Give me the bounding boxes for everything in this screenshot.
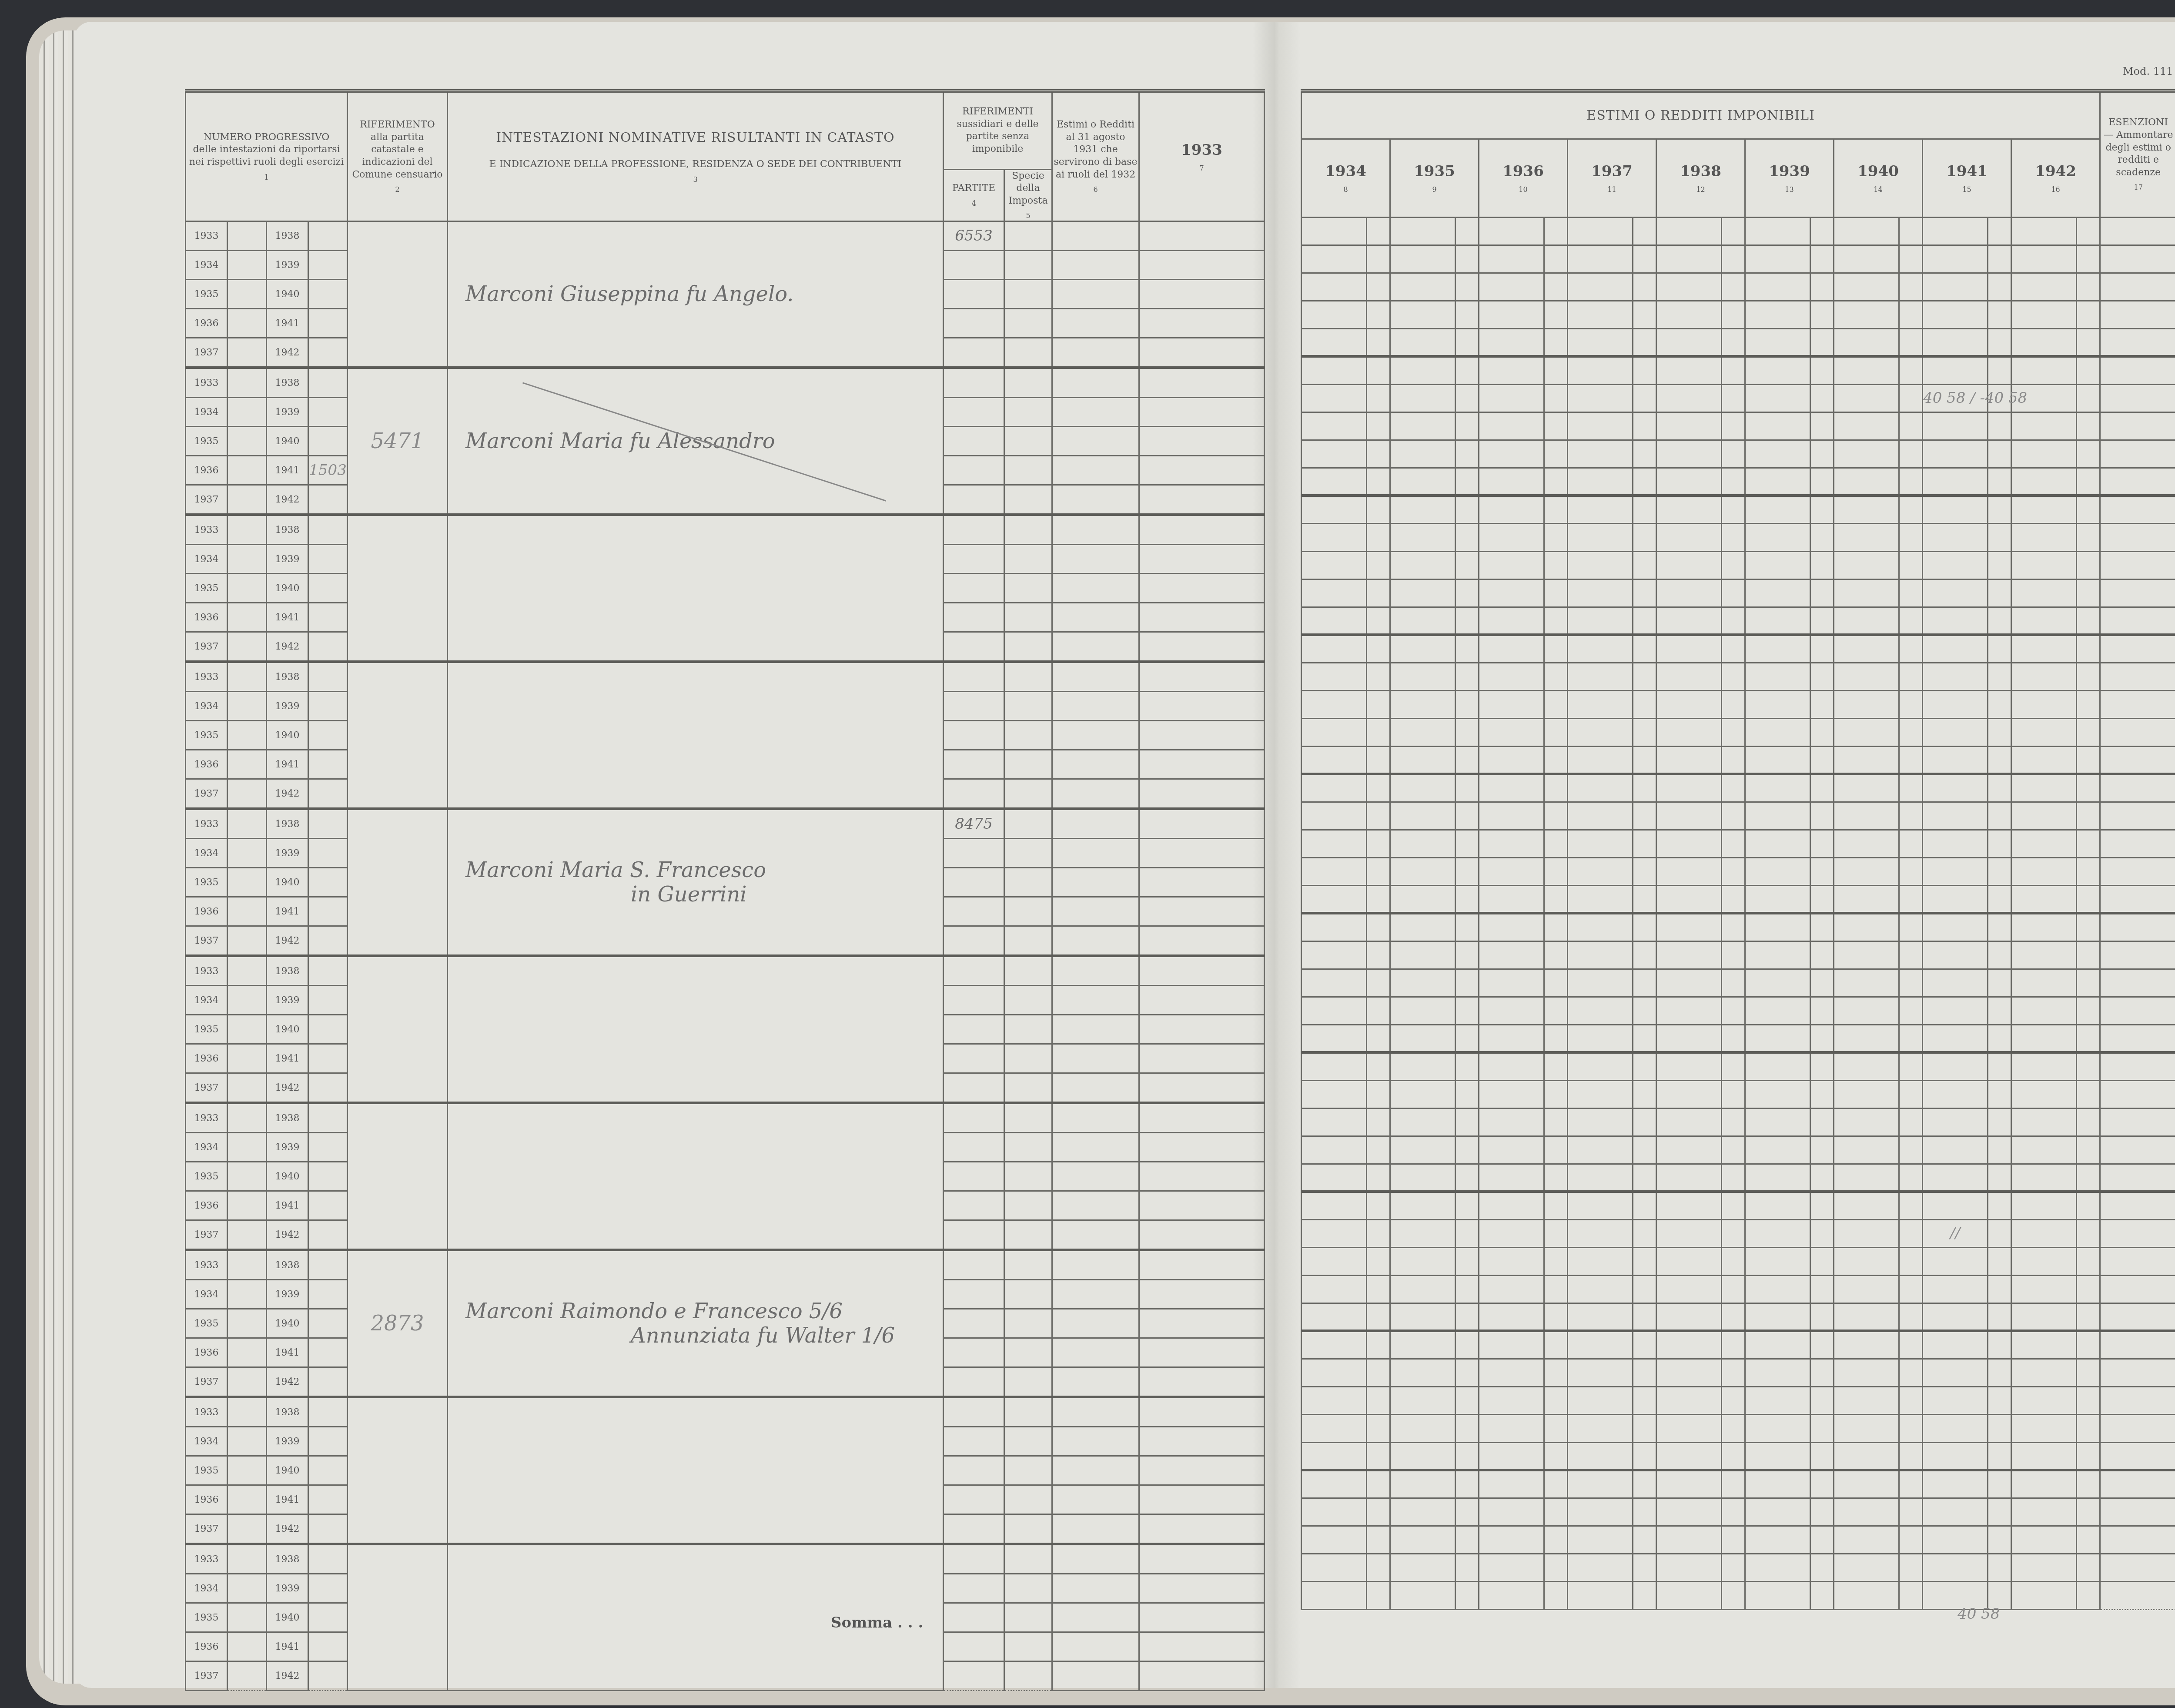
value-1941: 40 58 / -40 58 — [1923, 389, 2027, 407]
estimo-lire-cell — [1745, 635, 1810, 663]
estimo-lire-cell — [1479, 830, 1544, 857]
partite-cell — [944, 1661, 1004, 1691]
estimo-cent-cell — [1988, 1247, 2011, 1275]
estimo-lire-cell — [1923, 746, 1988, 774]
progressive-number-cell — [228, 692, 267, 721]
estimo-lire-cell — [2011, 1219, 2077, 1247]
estimo-lire-cell — [1834, 1581, 1899, 1609]
progressive-number-cell — [308, 1044, 348, 1073]
estimo-lire-cell — [1923, 885, 1988, 913]
estimo-lire-cell — [1568, 328, 1633, 356]
progressive-number-cell — [308, 897, 348, 926]
ledger-row — [1302, 607, 2175, 635]
col-number: 14 — [1834, 185, 1922, 194]
estimo-lire-cell — [1390, 1581, 1456, 1609]
header-estimi-1931: Estimi o Redditi al 31 agosto 1931 che s… — [1052, 91, 1139, 221]
year-label: 1939 — [267, 1427, 308, 1456]
estimo-lire-cell — [1745, 1080, 1810, 1108]
year-label: 1939 — [267, 251, 308, 280]
ledger-row — [1302, 885, 2175, 913]
estimo-lire-cell — [1834, 1025, 1899, 1052]
partite-cell — [944, 721, 1004, 750]
year-1933-cell — [1139, 1367, 1265, 1397]
estimo-cent-cell — [1988, 412, 2011, 440]
estimo-cent-cell — [1722, 1303, 1745, 1331]
estimo-cent-cell — [1633, 1554, 1656, 1581]
estimo-lire-cell — [2011, 1359, 2077, 1386]
progressive-number-cell — [228, 1015, 267, 1044]
estimo-lire-cell — [1745, 468, 1810, 496]
estimo-lire-cell — [1568, 635, 1633, 663]
year-1933-cell — [1139, 603, 1265, 632]
year-1933-cell — [1139, 1544, 1265, 1574]
estimo-lire-cell — [1656, 1275, 1722, 1303]
estimo-cent-cell — [1544, 1219, 1568, 1247]
estimo-lire-cell — [1923, 1275, 1988, 1303]
estimo-cent-cell — [1633, 802, 1656, 830]
partite-cell — [944, 986, 1004, 1015]
year-label: 1941 — [267, 1632, 308, 1661]
estimo-lire-cell — [2011, 579, 2077, 607]
year-label: 1934 — [186, 692, 228, 721]
estimo-cent-cell — [1456, 1219, 1479, 1247]
estimo-cent-cell — [1899, 1442, 1923, 1470]
estimo-cent-cell — [1633, 885, 1656, 913]
year-label: 1942 — [267, 1073, 308, 1103]
esenzioni-cell — [2100, 245, 2175, 273]
ledger-row — [1302, 969, 2175, 997]
estimo-lire-cell — [1568, 1080, 1633, 1108]
esenzioni-cell — [2100, 746, 2175, 774]
estimo-lire-cell — [1923, 440, 1988, 468]
col-number: 15 — [1923, 185, 2011, 194]
estimo-cent-cell — [1722, 356, 1745, 384]
ledger-row — [1302, 1275, 2175, 1303]
esenzioni-cell — [2100, 1108, 2175, 1136]
ledger-row — [1302, 301, 2175, 328]
estimo-lire-cell — [1302, 718, 1367, 746]
specie-imposta-cell — [1004, 692, 1052, 721]
partite-cell — [944, 1191, 1004, 1220]
estimo-cent-cell — [1367, 1108, 1390, 1136]
year-label: 1934 — [186, 1280, 228, 1309]
estimo-lire-cell — [1302, 857, 1367, 885]
progressive-number-cell — [308, 368, 348, 398]
estimo-cent-cell — [1988, 718, 2011, 746]
estimo-cent-cell — [1633, 830, 1656, 857]
ledger-row: 19331938 — [186, 515, 1265, 545]
estimi-1931-cell — [1052, 1456, 1139, 1485]
estimo-lire-cell — [1568, 857, 1633, 885]
estimo-cent-cell — [2077, 774, 2100, 802]
specie-imposta-cell — [1004, 956, 1052, 986]
estimo-lire-cell — [1302, 579, 1367, 607]
estimo-lire-cell — [2011, 1470, 2077, 1498]
estimo-cent-cell — [1810, 1275, 1834, 1303]
estimo-cent-cell — [1810, 830, 1834, 857]
riferimento-cell — [348, 221, 448, 368]
estimo-lire-cell — [1568, 1526, 1633, 1554]
estimo-lire-cell — [1923, 412, 1988, 440]
estimo-lire-cell — [1302, 217, 1367, 245]
estimo-cent-cell — [1988, 273, 2011, 301]
estimi-1931-cell — [1052, 574, 1139, 603]
intestazione-cell: Marconi Giuseppina fu Angelo. — [448, 221, 944, 368]
estimo-cent-cell — [1544, 997, 1568, 1025]
year-label: 1939 — [267, 692, 308, 721]
estimo-cent-cell — [1810, 718, 1834, 746]
estimo-cent-cell — [1633, 1164, 1656, 1192]
estimo-cent-cell — [1988, 1386, 2011, 1414]
estimo-cent-cell — [1810, 1219, 1834, 1247]
estimo-lire-cell — [1568, 1303, 1633, 1331]
estimo-cent-cell — [1544, 1080, 1568, 1108]
specie-imposta-cell — [1004, 1514, 1052, 1544]
estimo-lire-cell — [1656, 830, 1722, 857]
estimo-cent-cell — [1988, 746, 2011, 774]
estimo-cent-cell — [1367, 468, 1390, 496]
estimo-cent-cell — [1988, 802, 2011, 830]
ledger-row: 19331938 — [186, 1397, 1265, 1427]
estimo-lire-cell — [1479, 857, 1544, 885]
estimo-lire-cell — [1390, 857, 1456, 885]
progressive-number-cell — [308, 809, 348, 839]
partite-cell — [944, 574, 1004, 603]
specie-imposta-cell — [1004, 1485, 1052, 1514]
year-label: 1942 — [267, 632, 308, 662]
estimo-cent-cell — [1899, 1554, 1923, 1581]
estimo-lire-cell — [1745, 523, 1810, 551]
estimi-1931-cell — [1052, 897, 1139, 926]
ledger-row — [1302, 1303, 2175, 1331]
esenzioni-cell — [2100, 969, 2175, 997]
estimo-lire-cell — [1923, 301, 1988, 328]
estimo-lire-cell — [1302, 746, 1367, 774]
estimo-lire-cell — [2011, 857, 2077, 885]
estimo-cent-cell — [1899, 1219, 1923, 1247]
progressive-number-cell — [228, 309, 267, 338]
estimo-lire-cell — [1302, 913, 1367, 941]
year-1933-cell — [1139, 368, 1265, 398]
estimi-1931-cell — [1052, 1397, 1139, 1427]
estimo-cent-cell — [1722, 579, 1745, 607]
estimo-cent-cell — [1456, 496, 1479, 523]
estimo-lire-cell — [1390, 1554, 1456, 1581]
estimo-cent-cell — [1544, 551, 1568, 579]
estimo-lire-cell — [1834, 1192, 1899, 1219]
year-label: 1942 — [267, 1220, 308, 1250]
estimo-lire-cell — [1479, 496, 1544, 523]
estimo-cent-cell — [1810, 1164, 1834, 1192]
intestazione-cell — [448, 956, 944, 1103]
year-1933-cell — [1139, 1338, 1265, 1367]
estimo-cent-cell — [1722, 830, 1745, 857]
estimo-cent-cell — [1988, 1359, 2011, 1386]
year-1933-cell — [1139, 1309, 1265, 1338]
estimo-lire-cell — [1479, 468, 1544, 496]
estimo-lire-cell — [1568, 496, 1633, 523]
estimo-cent-cell — [1633, 1414, 1656, 1442]
estimo-lire-cell — [1479, 969, 1544, 997]
partite-cell — [944, 692, 1004, 721]
estimo-lire-cell — [1479, 1136, 1544, 1164]
estimi-1931-cell — [1052, 1015, 1139, 1044]
estimo-cent-cell — [1988, 301, 2011, 328]
partite-cell — [944, 839, 1004, 868]
estimo-cent-cell — [1899, 746, 1923, 774]
estimo-lire-cell — [1302, 1303, 1367, 1331]
estimo-lire-cell — [1302, 997, 1367, 1025]
estimo-cent-cell — [1367, 440, 1390, 468]
specie-imposta-cell — [1004, 1250, 1052, 1280]
estimo-cent-cell — [2077, 1526, 2100, 1554]
left-ledger-table: NUMERO PROGRESSIVO delle intestazioni da… — [185, 89, 1265, 1691]
estimo-cent-cell — [1899, 690, 1923, 718]
year-1933-cell — [1139, 779, 1265, 809]
estimo-cent-cell — [1544, 1331, 1568, 1359]
year-label: 1936 — [186, 750, 228, 779]
estimo-cent-cell — [1633, 356, 1656, 384]
estimo-lire-cell — [1745, 1554, 1810, 1581]
year-1933-cell — [1139, 485, 1265, 515]
year-label: 1938 — [267, 368, 308, 398]
estimo-cent-cell — [2077, 1303, 2100, 1331]
estimo-lire-cell — [1390, 1219, 1456, 1247]
progressive-number-cell — [228, 603, 267, 632]
estimo-lire-cell — [2011, 607, 2077, 635]
progressive-number-cell — [228, 545, 267, 574]
progressive-number-cell — [228, 750, 267, 779]
year-1933-cell — [1139, 1015, 1265, 1044]
estimo-cent-cell — [1544, 301, 1568, 328]
estimo-lire-cell — [1479, 1275, 1544, 1303]
partite-cell — [944, 1367, 1004, 1397]
estimo-lire-cell — [1479, 384, 1544, 412]
estimi-1931-cell — [1052, 809, 1139, 839]
estimo-lire-cell — [2011, 718, 2077, 746]
estimo-cent-cell — [1722, 496, 1745, 523]
estimo-cent-cell — [2077, 273, 2100, 301]
estimo-lire-cell — [1302, 663, 1367, 690]
estimo-cent-cell — [1899, 1331, 1923, 1359]
year-label: 1942 — [267, 1367, 308, 1397]
year-1933-cell — [1139, 221, 1265, 251]
estimo-lire-cell — [1390, 1164, 1456, 1192]
estimo-cent-cell — [1810, 440, 1834, 468]
estimo-lire-cell — [2011, 774, 2077, 802]
estimo-lire-cell — [1923, 802, 1988, 830]
estimo-lire-cell — [1656, 1581, 1722, 1609]
ledger-row — [1302, 663, 2175, 690]
estimo-cent-cell — [1810, 1581, 1834, 1609]
estimo-lire-cell — [1656, 1554, 1722, 1581]
estimo-lire-cell — [1568, 384, 1633, 412]
estimo-lire-cell — [1834, 885, 1899, 913]
estimo-lire-cell — [1390, 1247, 1456, 1275]
estimo-lire-cell — [1302, 273, 1367, 301]
estimo-lire-cell — [1656, 1108, 1722, 1136]
estimo-cent-cell — [1899, 774, 1923, 802]
progressive-number-cell — [308, 1456, 348, 1485]
estimo-lire-cell — [1834, 690, 1899, 718]
estimo-lire-cell — [2011, 663, 2077, 690]
estimo-lire-cell — [1923, 1386, 1988, 1414]
specie-imposta-cell — [1004, 1574, 1052, 1603]
estimo-cent-cell — [1367, 1025, 1390, 1052]
estimo-lire-cell — [1568, 830, 1633, 857]
estimo-cent-cell — [1544, 468, 1568, 496]
estimi-1931-cell — [1052, 1632, 1139, 1661]
estimo-lire-cell — [1479, 1052, 1544, 1080]
estimo-lire-cell — [1390, 551, 1456, 579]
year-label: 1942 — [267, 485, 308, 515]
esenzioni-cell — [2100, 217, 2175, 245]
estimo-cent-cell — [1810, 1136, 1834, 1164]
year-1933-cell — [1139, 1133, 1265, 1162]
estimo-cent-cell — [1367, 551, 1390, 579]
progressive-number-cell — [228, 1338, 267, 1367]
estimo-lire-cell — [1568, 1247, 1633, 1275]
year-1933-cell — [1139, 338, 1265, 368]
estimo-lire-cell — [1923, 690, 1988, 718]
header-main-title: ESTIMI O REDDITI IMPONIBILI — [1586, 108, 1815, 123]
year-label: 1933 — [186, 956, 228, 986]
estimo-lire-cell — [1390, 1303, 1456, 1331]
estimo-lire-cell — [1834, 607, 1899, 635]
progressive-number-cell — [308, 427, 348, 456]
estimo-lire-cell — [1390, 969, 1456, 997]
year-label: 1937 — [186, 1073, 228, 1103]
estimo-lire-cell — [1656, 857, 1722, 885]
year-label: 1937 — [186, 779, 228, 809]
year-label: 1942 — [267, 338, 308, 368]
estimo-lire-cell — [1479, 579, 1544, 607]
estimo-lire-cell — [1390, 328, 1456, 356]
specie-imposta-cell — [1004, 545, 1052, 574]
header-col45-title: RIFERIMENTI — [962, 106, 1033, 117]
year-label: 1933 — [186, 368, 228, 398]
intestazione-line1: Marconi Giuseppina fu Angelo. — [465, 282, 943, 306]
esenzioni-cell — [2100, 496, 2175, 523]
estimo-cent-cell — [1367, 1386, 1390, 1414]
estimo-cent-cell — [2077, 1498, 2100, 1526]
esenzioni-cell — [2100, 1080, 2175, 1108]
estimi-1931-cell — [1052, 1574, 1139, 1603]
year-1933-cell — [1139, 1397, 1265, 1427]
estimo-cent-cell — [1988, 1164, 2011, 1192]
estimo-lire-cell — [1656, 607, 1722, 635]
progressive-number-cell — [308, 692, 348, 721]
estimo-lire-cell — [1834, 1052, 1899, 1080]
ledger-row — [1302, 1359, 2175, 1386]
ledger-row — [1302, 1386, 2175, 1414]
estimo-lire-cell — [1479, 913, 1544, 941]
estimo-cent-cell — [1899, 1136, 1923, 1164]
estimo-lire-cell — [1302, 1247, 1367, 1275]
estimo-cent-cell — [1544, 356, 1568, 384]
estimo-lire-cell — [1390, 1331, 1456, 1359]
estimo-lire-cell — [1745, 1498, 1810, 1526]
partite-cell — [944, 1397, 1004, 1427]
estimo-cent-cell — [1988, 1442, 2011, 1470]
esenzioni-cell — [2100, 1052, 2175, 1080]
estimo-cent-cell — [1899, 1498, 1923, 1526]
year-label: 1938 — [267, 1397, 308, 1427]
estimo-lire-cell — [1479, 1442, 1544, 1470]
year-label: 1940 — [267, 1456, 308, 1485]
estimo-cent-cell — [1633, 718, 1656, 746]
estimo-cent-cell — [2077, 579, 2100, 607]
estimo-lire-cell — [1834, 496, 1899, 523]
esenzioni-cell — [2100, 551, 2175, 579]
header-col5-title: Specie della Imposta — [1008, 171, 1047, 206]
header-year-1940: 194014 — [1834, 139, 1923, 217]
estimo-cent-cell — [1988, 1470, 2011, 1498]
estimo-cent-cell — [1899, 1247, 1923, 1275]
estimo-lire-cell — [1745, 1025, 1810, 1052]
estimo-cent-cell — [1367, 1414, 1390, 1442]
estimo-cent-cell — [1544, 1498, 1568, 1526]
riferimento-cell — [348, 956, 448, 1103]
progressive-number-cell — [308, 1544, 348, 1574]
estimo-lire-cell — [1834, 273, 1899, 301]
year-label: 1940 — [267, 1015, 308, 1044]
year-label: 1936 — [186, 1632, 228, 1661]
year-label: 1937 — [186, 632, 228, 662]
header-year-label: 1941 — [1946, 163, 1988, 180]
estimi-1931-cell — [1052, 721, 1139, 750]
esenzioni-cell — [2100, 913, 2175, 941]
progressive-number-cell — [228, 721, 267, 750]
esenzioni-cell — [2100, 1359, 2175, 1386]
estimo-lire-cell — [1745, 690, 1810, 718]
estimi-1931-cell — [1052, 1514, 1139, 1544]
progressive-number-cell — [228, 662, 267, 692]
estimo-cent-cell — [1544, 384, 1568, 412]
progressive-number-cell — [308, 956, 348, 986]
estimo-lire-cell — [2011, 802, 2077, 830]
estimo-lire-cell — [1834, 1080, 1899, 1108]
estimo-lire-cell — [1302, 635, 1367, 663]
estimo-lire-cell — [2011, 997, 2077, 1025]
estimo-lire-cell — [1390, 718, 1456, 746]
progressive-number-cell — [228, 779, 267, 809]
progressive-number-cell — [228, 926, 267, 956]
estimo-lire-cell — [1390, 217, 1456, 245]
estimo-cent-cell — [1810, 857, 1834, 885]
estimo-lire-cell — [1302, 412, 1367, 440]
estimo-lire-cell — [1302, 245, 1367, 273]
estimo-lire-cell — [1745, 830, 1810, 857]
estimo-lire-cell — [1834, 356, 1899, 384]
estimo-lire-cell — [1834, 1359, 1899, 1386]
estimo-cent-cell — [1456, 969, 1479, 997]
estimo-cent-cell — [1633, 857, 1656, 885]
year-label: 1937 — [186, 1661, 228, 1691]
estimo-cent-cell — [1899, 1581, 1923, 1609]
header-col3-title: INTESTAZIONI NOMINATIVE RISULTANTI IN CA… — [496, 130, 894, 145]
estimo-cent-cell — [1633, 440, 1656, 468]
specie-imposta-cell — [1004, 1133, 1052, 1162]
estimo-cent-cell — [2077, 384, 2100, 412]
estimo-cent-cell — [1722, 1247, 1745, 1275]
year-1933-cell — [1139, 897, 1265, 926]
year-1933-cell — [1139, 1514, 1265, 1544]
header-year-1938: 193812 — [1656, 139, 1745, 217]
estimo-lire-cell — [1656, 551, 1722, 579]
progressive-number-cell — [308, 1574, 348, 1603]
estimo-cent-cell — [1544, 1164, 1568, 1192]
